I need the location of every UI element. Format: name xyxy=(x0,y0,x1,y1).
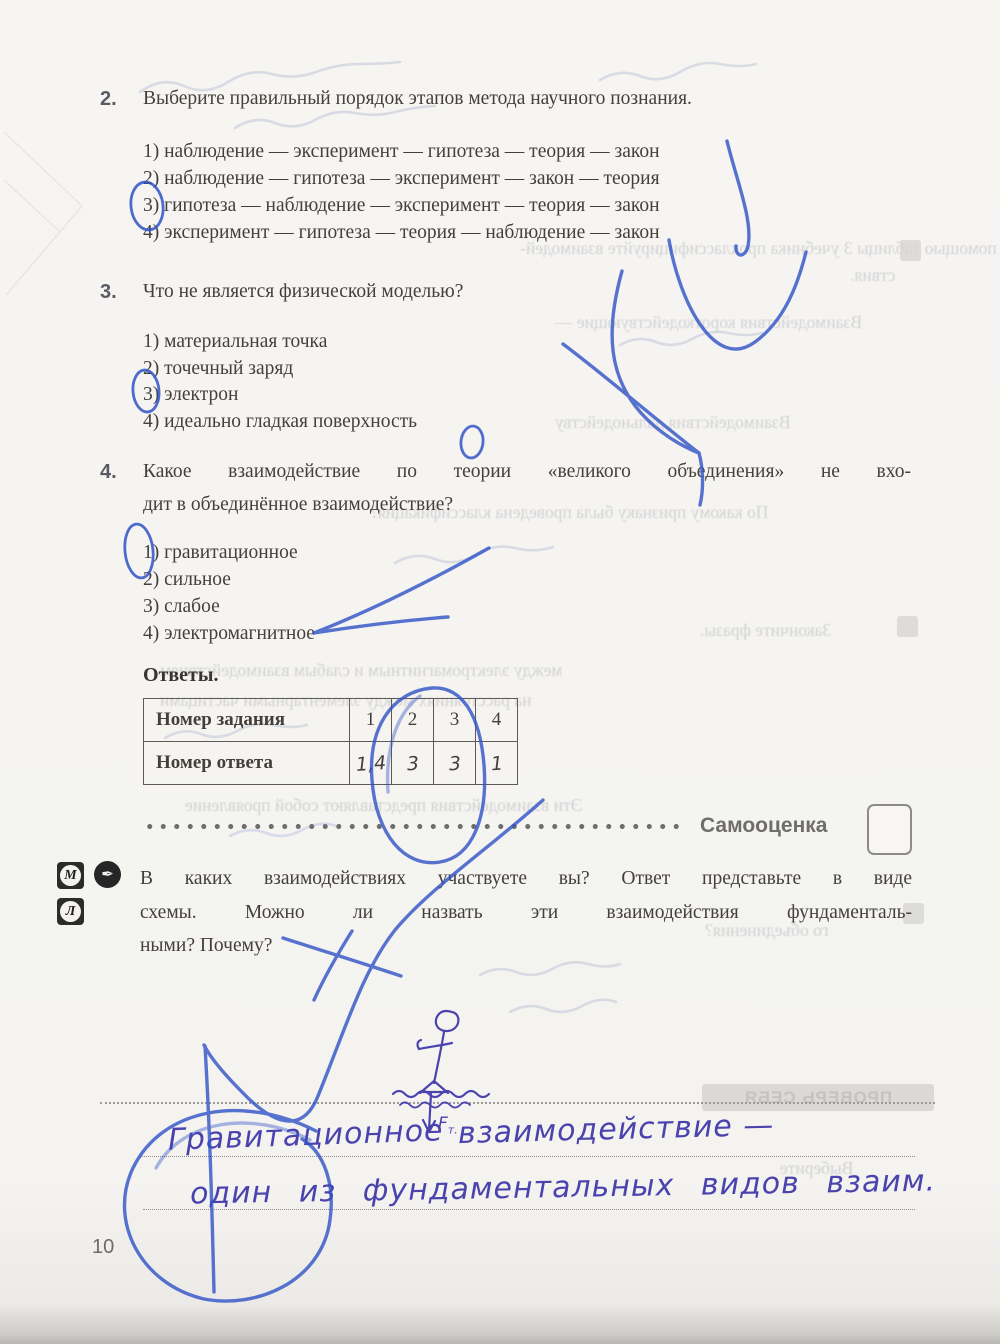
pen-marks-layer xyxy=(0,0,1000,1344)
pen-circle-q3-answer xyxy=(131,369,161,413)
pen-circle-q2-answer xyxy=(128,180,166,232)
pen-scribbles xyxy=(124,141,806,1301)
pen-circle-q4-answer xyxy=(122,523,155,580)
pen-small-oval xyxy=(459,425,484,459)
stick-figure-sketch xyxy=(393,1011,489,1132)
workbook-page: С помощью таблицы 3 учебника проклассифи… xyxy=(0,0,1000,1344)
